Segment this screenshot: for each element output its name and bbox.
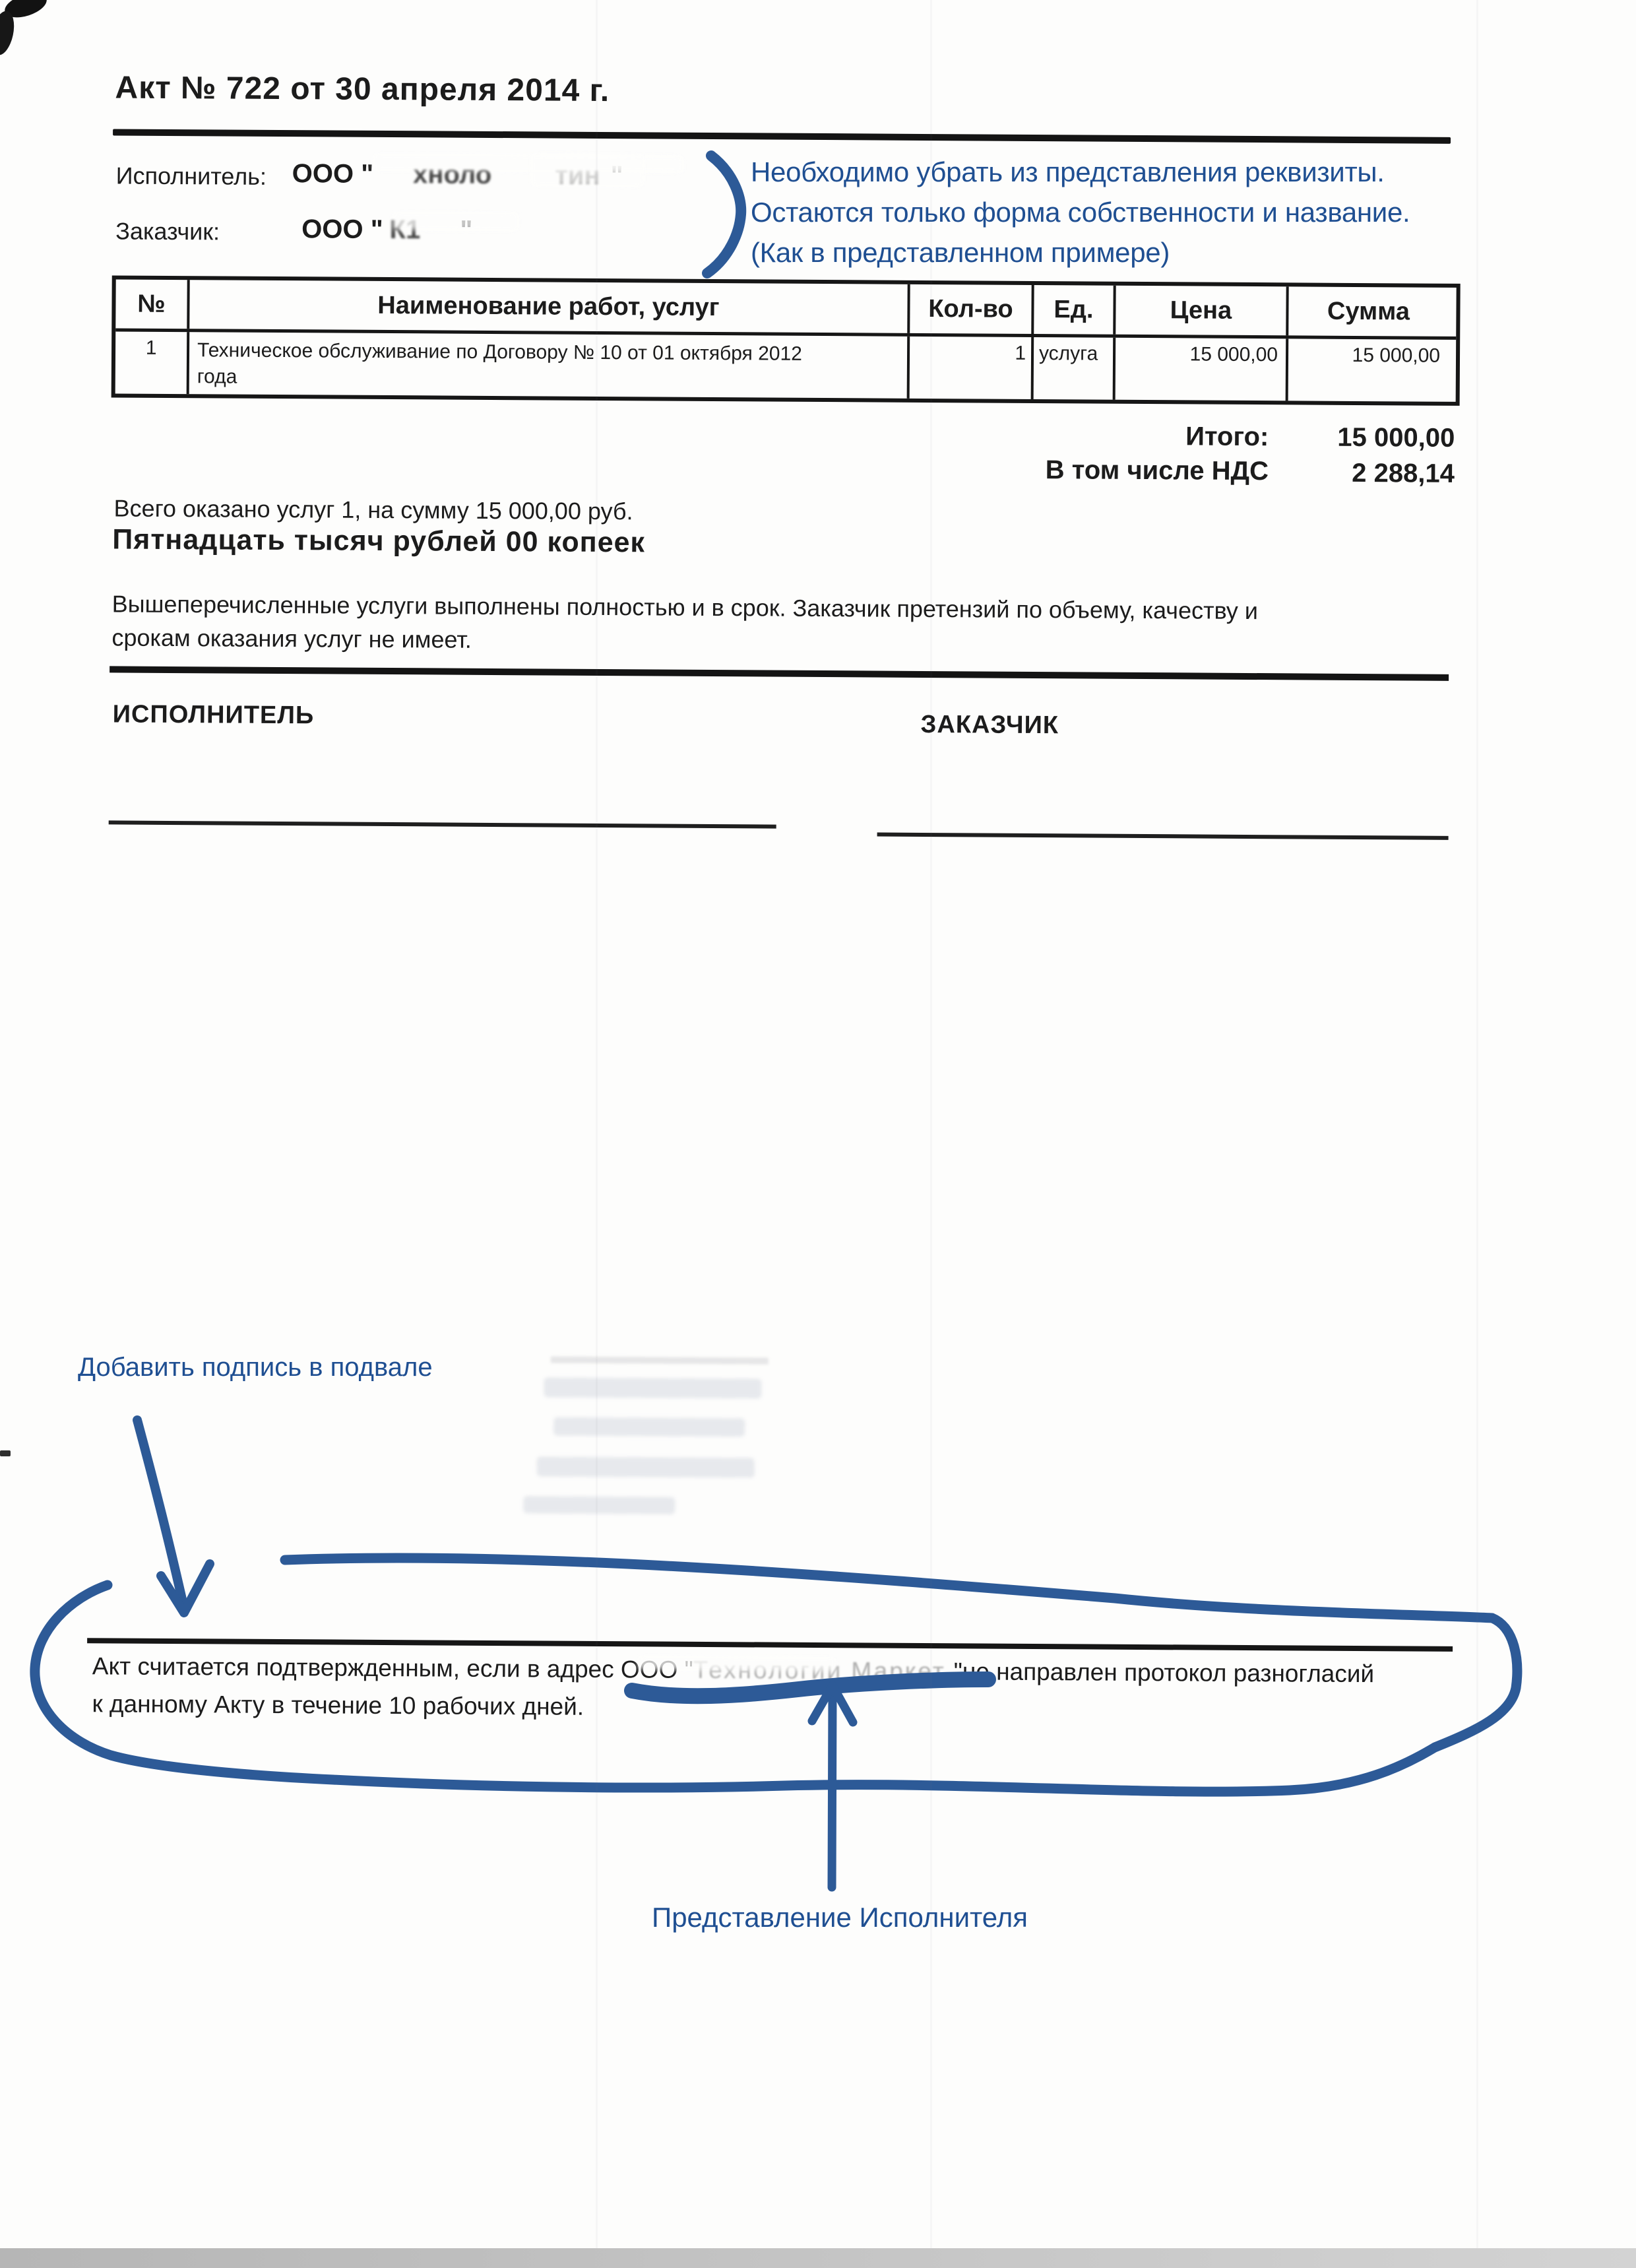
header-cell-price: Цена (1116, 286, 1288, 336)
row-cell-sum: 15 000,00 (1288, 339, 1449, 401)
executor-signature-label: ИСПОЛНИТЕЛЬ (113, 700, 315, 730)
total-value: 15 000,00 (1255, 422, 1455, 453)
section-rule (110, 666, 1449, 680)
scan-streak (930, 0, 932, 2248)
footer-text-after: "не направлен протокол разногласий (954, 1658, 1375, 1687)
footer-rule (87, 1638, 1453, 1652)
top-note-line-2: Остаются только форма собственности и на… (751, 192, 1410, 232)
scan-artifact-edge-mark (0, 1450, 11, 1456)
acceptance-paragraph: Вышеперечисленные услуги выполнены полно… (111, 587, 1258, 661)
stamp-line (553, 1417, 745, 1437)
top-note-line-1: Необходимо убрать из представления рекви… (751, 152, 1410, 192)
services-total-line: Всего оказано услуг 1, на сумму 15 000,0… (113, 494, 633, 525)
row-cell-unit: услуга (1034, 337, 1116, 400)
amount-in-words: Пятнадцать тысяч рублей 00 копеек (112, 523, 645, 559)
executor-label: Исполнитель: (116, 162, 267, 190)
customer-name-whiteout (393, 212, 518, 230)
header-cell-unit: Ед. (1034, 285, 1116, 335)
executor-signature-line (109, 820, 776, 828)
works-table: № Наименование работ, услуг Кол-во Ед. Ц… (111, 275, 1461, 405)
stamp-line (537, 1456, 755, 1477)
customer-signature-label: ЗАКАЗЧИК (920, 711, 1059, 740)
add-signature-note: Добавить подпись в подвале (78, 1353, 433, 1382)
stamp-smear (551, 1357, 769, 1365)
vat-label: В том числе НДС (939, 455, 1269, 486)
header-cell-sum: Сумма (1288, 286, 1448, 336)
scan-artifact-bottom-edge (0, 2248, 1636, 2268)
top-note-line-3: (Как в представленном примере) (751, 232, 1410, 273)
page-title: Акт № 722 от 30 апреля 2014 г. (115, 69, 610, 109)
header-cell-qty: Кол-во (910, 284, 1034, 334)
top-note: Необходимо убрать из представления рекви… (751, 152, 1410, 273)
scanned-document-page: Акт № 722 от 30 апреля 2014 г. Исполните… (0, 0, 1636, 2268)
customer-label: Заказчик: (115, 217, 220, 245)
scan-streak (1476, 0, 1478, 2248)
header-cell-name: Наименование работ, услуг (189, 280, 910, 333)
customer-signature-line (877, 833, 1449, 840)
row-cell-num: 1 (115, 331, 190, 394)
row-cell-name: Техническое обслуживание по Договору № 1… (189, 332, 910, 399)
row-cell-price: 15 000,00 (1116, 338, 1289, 401)
footer-clause-line-2: к данному Акту в течение 10 рабочих дней… (92, 1690, 584, 1721)
vat-value: 2 288,14 (1255, 458, 1455, 489)
works-table-header-row: № Наименование работ, услуг Кол-во Ед. Ц… (115, 279, 1456, 339)
executor-presentation-note: Представление Исполнителя (652, 1902, 1028, 1933)
acceptance-line-2: срокам оказания услуг не имеет. (111, 620, 1258, 661)
total-label: Итого: (1005, 421, 1269, 452)
table-row: 1 Техническое обслуживание по Договору №… (115, 331, 1457, 401)
faint-stamp (517, 1351, 808, 1531)
customer-org-prefix: ООО " (301, 214, 383, 244)
executor-name-whiteout-2 (532, 154, 644, 186)
executor-org-prefix: ООО " (292, 159, 374, 189)
footer-company-whiteout (638, 1656, 836, 1671)
header-cell-num: № (115, 279, 189, 329)
stamp-line (523, 1496, 675, 1514)
row-cell-qty: 1 (910, 337, 1034, 399)
stamp-line (544, 1377, 761, 1398)
title-rule (113, 129, 1451, 143)
scan-streak (596, 0, 598, 2248)
footer-text-before: Акт считается подтвержденным, если в адр… (92, 1652, 693, 1683)
